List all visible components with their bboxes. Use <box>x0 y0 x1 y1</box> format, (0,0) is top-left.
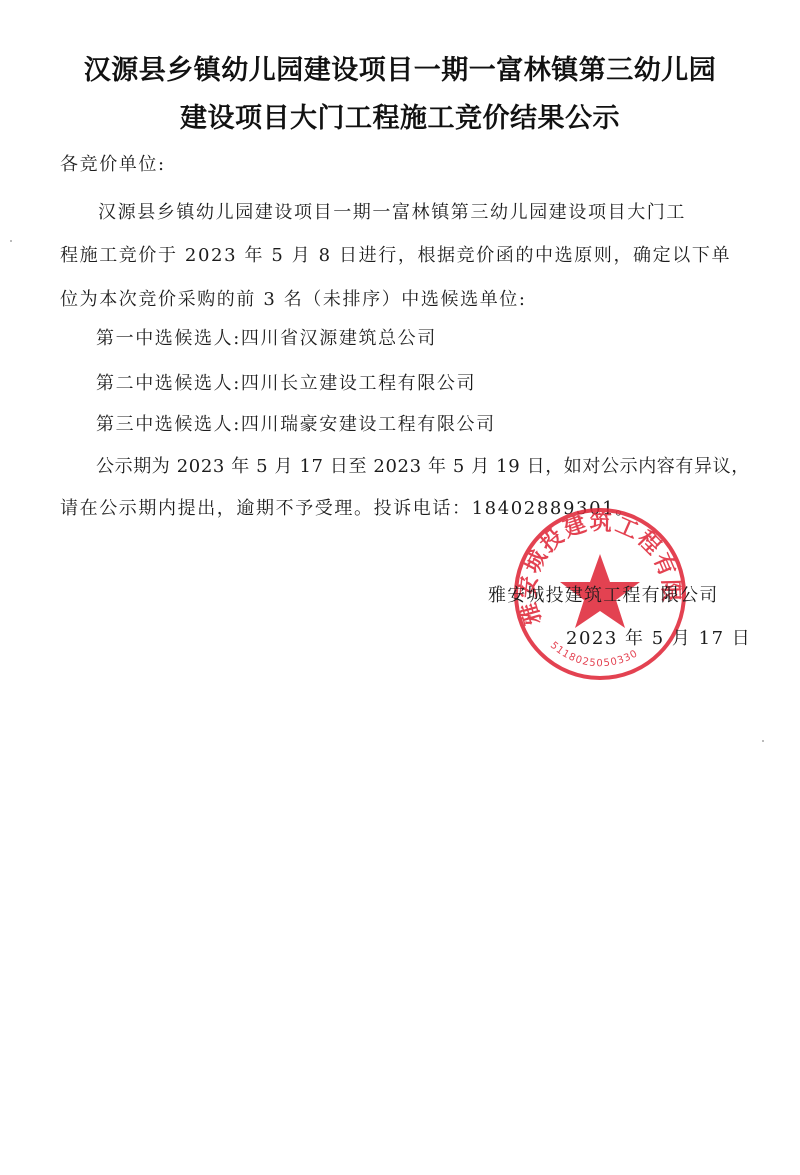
body-paragraph-line3: 位为本次竞价采购的前 3 名（未排序）中选候选单位: <box>60 285 527 311</box>
document-page: 汉源县乡镇幼儿园建设项目一期一富林镇第三幼儿园 建设项目大门工程施工竞价结果公示… <box>0 0 800 1175</box>
scan-speck <box>10 240 12 242</box>
body-paragraph-line2: 程施工竞价于 2023 年 5 月 8 日进行，根据竞价函的中选原则，确定以下单 <box>60 241 731 267</box>
signature-company: 雅安城投建筑工程有限公司 <box>488 581 718 607</box>
candidate-name: 四川长立建设工程有限公司 <box>241 373 476 394</box>
candidate-name: 四川瑞豪安建设工程有限公司 <box>241 414 496 435</box>
body-paragraph-line1: 汉源县乡镇幼儿园建设项目一期一富林镇第三幼儿园建设项目大门工 <box>98 198 686 224</box>
candidate-3: 第三中选候选人:四川瑞豪安建设工程有限公司 <box>96 410 496 436</box>
candidate-label: 第二中选候选人: <box>96 373 241 394</box>
document-title-line2: 建设项目大门工程施工竞价结果公示 <box>40 96 760 135</box>
scan-speck <box>762 740 764 742</box>
signature-date: 2023 年 5 月 17 日 <box>566 624 751 650</box>
candidate-label: 第一中选候选人: <box>96 328 241 349</box>
notice-line2: 请在公示期内提出，逾期不予受理。投诉电话：18402889301。 <box>60 494 635 520</box>
candidate-1: 第一中选候选人:四川省汉源建筑总公司 <box>96 324 437 350</box>
document-title-line1: 汉源县乡镇幼儿园建设项目一期一富林镇第三幼儿园 <box>40 48 760 87</box>
candidate-2: 第二中选候选人:四川长立建设工程有限公司 <box>96 369 476 395</box>
candidate-name: 四川省汉源建筑总公司 <box>241 328 437 349</box>
notice-line1: 公示期为 2023 年 5 月 17 日至 2023 年 5 月 19 日，如对… <box>96 452 750 478</box>
svg-text:雅安城投建筑工程有限公司: 雅安城投建筑工程有限公司 <box>510 504 683 628</box>
seal-text: 雅安城投建筑工程有限公司 <box>510 504 683 628</box>
salutation: 各竞价单位: <box>60 150 166 176</box>
candidate-label: 第三中选候选人: <box>96 414 241 435</box>
